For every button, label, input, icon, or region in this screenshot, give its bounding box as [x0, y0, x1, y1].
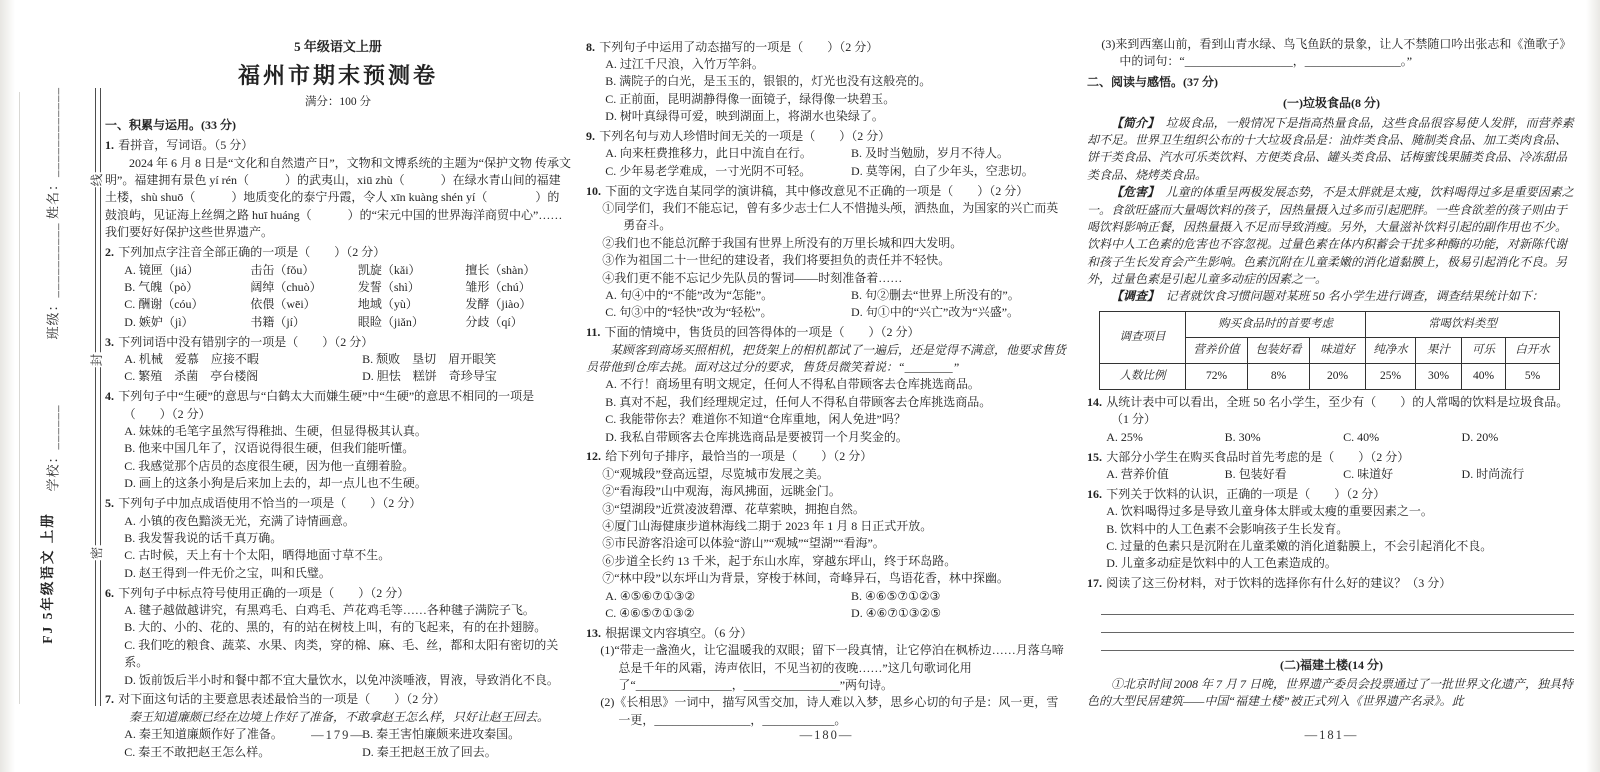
question-text: 下列句子中加点成语使用不恰当的一项是（ ）（2 分） — [118, 496, 421, 510]
option-line: D. 饭前饭后半小时和餐中都不宜大量饮水，以免冲淡唾液，胃液，导致消化不良。 — [105, 672, 571, 689]
option-cell: C. 繁殖 杀菌 亭台楼阁 — [124, 368, 358, 385]
option-line: C. 我们吃的粮食、蔬菜、水果、肉类，穿的棉、麻、毛、丝，都和太阳有密切的关系。 — [105, 637, 571, 672]
name-field-label: 姓名：____________ — [43, 87, 62, 219]
page-edge-shadow-left — [0, 0, 15, 772]
option-cell: D. 句①中的“兴亡”改为“兴盛”。 — [851, 304, 1067, 321]
question-text: 下列名句与劝人珍惜时间无关的一项是（ ）（2 分） — [599, 129, 890, 143]
table-column-header: 可乐 — [1462, 337, 1506, 363]
answer-line — [1101, 597, 1574, 615]
list-item: ⑥步道全长约 13 千米，起于东山水库，穿越东坪山，终于环岛路。 — [586, 553, 1067, 570]
option-cell: A. 25% — [1106, 429, 1220, 446]
question: 15.大部分小学生在购买食品时首先考虑的是（ ）（2 分） — [1087, 449, 1576, 466]
list-item: ②我们也不能总沉醉于我国有世界上所没有的万里长城和四大发明。 — [586, 235, 1067, 252]
question: 1.看拼音，写词语。（5 分） — [105, 137, 571, 154]
question-number: 16. — [1087, 487, 1102, 501]
option-cell: 雏形（chú） — [465, 279, 571, 296]
option-row: C. 繁殖 杀菌 亭台楼阁D. 胆怯 糕饼 奇珍导宝 — [105, 368, 571, 385]
question-number: 14. — [1087, 395, 1102, 409]
table-row-label: 人数比例 — [1100, 363, 1186, 389]
paragraph-text: 某顾客到商场买照相机，把货架上的相机都试了一遍后，还是觉得不满意，他要求售货员带… — [586, 343, 1066, 374]
table-value-cell: 8% — [1248, 363, 1310, 389]
option-line: D. 儿童多动症是饮料中的人工色素造成的。 — [1087, 555, 1576, 572]
question: 6.下列句子中标点符号使用正确的一项是（ ）（2 分） — [105, 585, 571, 602]
option-line: C. 古时候，天上有十个太阳，晒得地面寸草不生。 — [105, 547, 571, 564]
paragraph-text: 秦王知道廉颇已经在边境上作好了准备，不敢拿赵王怎么样，只好让赵王回去。 — [129, 710, 549, 724]
question-number: 1. — [105, 138, 114, 152]
option-cell: C. 秦王不敢把赵王怎么样。 — [124, 744, 358, 761]
option-row: C. 句③中的“轻快”改为“轻松”。D. 句①中的“兴亡”改为“兴盛”。 — [586, 304, 1067, 321]
option-row: D. 嫉妒（jì）书籍（jí）眼睑（jiǎn）分歧（qí） — [105, 314, 571, 331]
answer-blanks — [1101, 597, 1574, 651]
table-value-cell: 20% — [1310, 363, 1366, 389]
list-item: ④我们更不能不忘记少先队员的誓词——时刻准备着…… — [586, 270, 1067, 287]
option-cell: A. 机械 爱慕 应接不暇 — [124, 351, 358, 368]
section-heading: 一、积累与运用。(33 分) — [105, 117, 571, 134]
paragraph: 2024 年 6 月 8 日是“文化和自然遗产日”，文物和文博系统的主题为“保护… — [105, 155, 571, 242]
question-number: 4. — [105, 389, 114, 403]
option-cell: B. 30% — [1225, 429, 1339, 446]
question-number: 9. — [586, 129, 595, 143]
option-cell: B. 气魄（pò） — [124, 279, 246, 296]
option-cell: B. 包装好看 — [1225, 466, 1339, 483]
option-cell: C. 酬谢（cóu） — [124, 296, 246, 313]
list-item: ④厦门山海健康步道林海线二期于 2023 年 1 月 8 日正式开放。 — [586, 518, 1067, 535]
paragraph: 【简介】垃圾食品，一般情况下是指高热量食品，这些食品很容易使人发胖，而营养素却不… — [1087, 115, 1576, 185]
question: 4.下列句子中“生硬”的意思与“白鹤太大而嫌生硬”中“生硬”的意思不相同的一项是… — [105, 388, 571, 423]
question-text: 给下列句子排序，最恰当的一项是（ ）（2 分） — [605, 449, 872, 463]
option-line: B. 我发誓我说的话千真万确。 — [105, 530, 571, 547]
question: 14.从统计表中可以看出，全班 50 名小学生，至少有（ ）的人常喝的饮料是垃圾… — [1087, 394, 1576, 429]
option-cell: 擅长（shàn） — [465, 262, 571, 279]
question-text: 下面的情境中，售货员的回答得体的一项是（ ）（2 分） — [605, 325, 920, 339]
question-number: 11. — [586, 325, 600, 339]
list-item: (1)“带走一盏渔火，让它温暖我的双眼；留下一段真情，让它停泊在枫桥边……月落乌… — [586, 642, 1067, 694]
list-item: ③“望湖段”近赏凌波碧潭、花草萦映，拥抱自然。 — [586, 501, 1067, 518]
option-line: B. 他来中国几年了，汉语说得很生硬，但我们能听懂。 — [105, 440, 571, 457]
table-group-header: 常喝饮料类型 — [1366, 311, 1560, 337]
page-content: 5 年级语文上册福州市期末预测卷满分：100 分一、积累与运用。(33 分)1.… — [105, 38, 571, 761]
question: 3.下列词语中没有错别字的一项是（ ）（2 分） — [105, 334, 571, 351]
passage-label: 【调查】 — [1111, 289, 1159, 303]
option-row: A. 句④中的“不能”改为“怎能”。B. 句②删去“世界上所没有的”。 — [586, 287, 1067, 304]
option-line: C. 正前面，昆明湖静得像一面镜子，绿得像一块碧玉。 — [586, 91, 1067, 108]
table-data-row: 人数比例72%8%20%25%30%40%5% — [1100, 363, 1560, 389]
question: 8.下列句子中运用了动态描写的一项是（ ）（2 分） — [586, 39, 1067, 56]
option-cell: 凯旋（kǎi） — [358, 262, 462, 279]
question: 10.下面的文字选自某同学的演讲稿，其中修改意见不正确的一项是（ ）（2 分） — [586, 183, 1067, 200]
paragraph-text: 2024 年 6 月 8 日是“文化和自然遗产日”，文物和文博系统的主题为“保护… — [105, 156, 571, 240]
option-cell: 书籍（jí） — [250, 314, 354, 331]
list-item: ③作为祖国二十一世纪的建设者，我们将要担负的责任并不轻快。 — [586, 252, 1067, 269]
table-column-header: 味道好 — [1310, 337, 1366, 363]
question: 5.下列句子中加点成语使用不恰当的一项是（ ）（2 分） — [105, 495, 571, 512]
page-number: —181— — [1087, 726, 1576, 744]
option-line: C. 过量的色素只是沉附在儿童柔嫩的消化道黏膜上，不会引起消化不良。 — [1087, 538, 1576, 555]
question-number: 12. — [586, 449, 601, 463]
paragraph: 某顾客到商场买照相机，把货架上的相机都试了一遍后，还是觉得不满意，他要求售货员带… — [586, 342, 1067, 377]
question-text: 从统计表中可以看出，全班 50 名小学生，至少有（ ）的人常喝的饮料是垃圾食品。… — [1106, 395, 1568, 426]
option-line: D. 我私自带顾客去仓库挑选商品是要被罚一个月奖金的。 — [586, 429, 1067, 446]
option-row: C. 秦王不敢把赵王怎么样。D. 秦王把赵王放了回去。 — [105, 744, 571, 761]
table-value-cell: 72% — [1186, 363, 1248, 389]
paragraph: 秦王知道廉颇已经在边境上作好了准备，不敢拿赵王怎么样，只好让赵王回去。 — [105, 709, 571, 726]
option-cell: A. 营养价值 — [1106, 466, 1220, 483]
option-cell: 依偎（wēi） — [250, 296, 354, 313]
question-number: 8. — [586, 40, 595, 54]
option-line: D. 赵王得到一件无价之宝，叫和氏璧。 — [105, 565, 571, 582]
option-cell: D. ④⑥⑦①③②⑤ — [851, 605, 1067, 622]
survey-table: 调查项目购买食品时的首要考虑常喝饮料类型营养价值包装好看味道好纯净水果汁可乐白开… — [1099, 311, 1560, 390]
question-number: 2. — [105, 245, 114, 259]
table-column-header: 营养价值 — [1186, 337, 1248, 363]
book-spine-label: FJ 5年级语文 上册 — [36, 512, 56, 644]
option-cell: C. ④⑥⑤⑦①③② — [605, 605, 847, 622]
exam-page-179: 5 年级语文上册福州市期末预测卷满分：100 分一、积累与运用。(33 分)1.… — [105, 36, 571, 738]
paragraph: ①北京时间 2008 年 7 月 7 日晚，世界遗产委员会投票通过了一批世界文化… — [1087, 676, 1576, 711]
page-number: —180— — [586, 726, 1067, 744]
question: 7.对下面这句话的主要意思表述最恰当的一项是（ ）（2 分） — [105, 691, 571, 708]
question-number: 7. — [105, 692, 114, 706]
table-column-header: 白开水 — [1506, 337, 1560, 363]
list-item: (3)来到西塞山前，看到山青水绿、鸟飞鱼跃的景象，让人不禁随口吟出张志和《渔歌子… — [1087, 36, 1576, 71]
question: 13.根据课文内容填空。（6 分） — [586, 625, 1067, 642]
question-text: 对下面这句话的主要意思表述最恰当的一项是（ ）（2 分） — [118, 692, 445, 706]
option-cell: B. 颓败 垦切 眉开眼笑 — [362, 351, 571, 368]
option-line: B. 大的、小的、花的、黑的，有的站在树枝上叫，有的飞起来，有的在扑翅膀。 — [105, 619, 571, 636]
answer-line — [1101, 615, 1574, 633]
option-cell: 阔绰（chuò） — [250, 279, 354, 296]
paragraph: 【危害】儿童的体重呈两极发展态势，不是太胖就是太瘦，饮料喝得过多是重要因素之一。… — [1087, 184, 1576, 288]
list-item: (2)《长相思》一词中，描写风雪交加，诗人难以入梦，思乡心切的句子是：风一更，雪… — [586, 694, 1067, 729]
option-line: D. 画上的这条小狗是后来加上去的，却一点儿也不生硬。 — [105, 475, 571, 492]
question: 9.下列名句与劝人珍惜时间无关的一项是（ ）（2 分） — [586, 128, 1067, 145]
option-cell: 发誓（shì） — [358, 279, 462, 296]
list-item: ⑦“林中段”以东坪山为背景，穿梭于林间，奇峰异石，鸟语花香，林中探幽。 — [586, 570, 1067, 587]
option-row: B. 气魄（pò）阔绰（chuò）发誓（shì）雏形（chú） — [105, 279, 571, 296]
option-cell: C. 少年易老学难成，一寸光阴不可轻。 — [605, 163, 847, 180]
question-text: 下列词语中没有错别字的一项是（ ）（2 分） — [118, 335, 373, 349]
option-line: A. 不行！商场里有明文规定，任何人不得私自带顾客去仓库挑选商品。 — [586, 376, 1067, 393]
option-cell: C. 味道好 — [1343, 466, 1457, 483]
option-cell: A. 向来枉费推移力，此日中流自在行。 — [605, 145, 847, 162]
option-cell: 眼睑（jiǎn） — [358, 314, 462, 331]
page-number: —179— — [105, 726, 571, 744]
paragraph: 【调查】记者就饮食习惯问题对某班 50 名小学生进行调查，调查结果统计如下： — [1087, 288, 1576, 305]
option-line: A. 毽子越做越讲究，有黑鸡毛、白鸡毛、芦花鸡毛等……各种毽子满院子飞。 — [105, 602, 571, 619]
option-cell: D. 时尚流行 — [1462, 466, 1576, 483]
question-number: 15. — [1087, 450, 1102, 464]
option-row: A. 25%B. 30%C. 40%D. 20% — [1087, 429, 1576, 446]
option-cell: 地域（yù） — [358, 296, 462, 313]
question: 12.给下列句子排序，最恰当的一项是（ ）（2 分） — [586, 448, 1067, 465]
option-cell: B. 及时当勉励，岁月不待人。 — [851, 145, 1067, 162]
question-text: 下列句子中“生硬”的意思与“白鹤太大而嫌生硬”中“生硬”的意思不相同的一项是（ … — [118, 389, 534, 420]
question-text: 阅读了这三份材料，对于饮料的选择你有什么好的建议？（3 分） — [1106, 576, 1451, 590]
option-cell: D. 秦王把赵王放了回去。 — [362, 744, 571, 761]
school-field-label: 学校：______ — [43, 404, 62, 491]
question-text: 下列加点字注音全部正确的一项是（ ）（2 分） — [118, 245, 385, 259]
option-cell: C. 句③中的“轻快”改为“轻松”。 — [605, 304, 847, 321]
option-line: C. 我感觉那个店员的态度很生硬，因为他一直绷着脸。 — [105, 458, 571, 475]
option-cell: C. 40% — [1343, 429, 1457, 446]
option-row: C. 少年易老学难成，一寸光阴不可轻。D. 莫等闲，白了少年头，空悲切。 — [586, 163, 1067, 180]
option-cell: 发酵（jiào） — [465, 296, 571, 313]
option-line: C. 我能带你去？难道你不知道“仓库重地，闲人免进”吗？ — [586, 411, 1067, 428]
passage-label: 【危害】 — [1111, 185, 1159, 199]
option-line: B. 满院子的白光，是玉玉的，银银的，灯光也没有这般亮的。 — [586, 73, 1067, 90]
option-cell: A. 句④中的“不能”改为“怎能”。 — [605, 287, 847, 304]
paragraph-text: 儿童的体重呈两极发展态势，不是太胖就是太瘦，饮料喝得过多是重要因素之一。食欲旺盛… — [1087, 185, 1574, 286]
paragraph-text: 垃圾食品，一般情况下是指高热量食品，这些食品很容易使人发胖，而营养素却不足。世界… — [1087, 116, 1574, 182]
binding-crease — [19, 92, 20, 704]
section-heading: 二、阅读与感悟。(37 分) — [1087, 74, 1576, 91]
table-column-header: 纯净水 — [1366, 337, 1416, 363]
option-line: A. 妹妹的毛笔字虽然写得稚拙、生硬，但显得极其认真。 — [105, 423, 571, 440]
option-row: C. ④⑥⑤⑦①③②D. ④⑥⑦①③②⑤ — [586, 605, 1067, 622]
paragraph-text: ①北京时间 2008 年 7 月 7 日晚，世界遗产委员会投票通过了一批世界文化… — [1087, 677, 1573, 708]
question-text: 下列句子中标点符号使用正确的一项是（ ）（2 分） — [118, 586, 409, 600]
option-row: C. 酬谢（cóu）依偎（wēi）地域（yù）发酵（jiào） — [105, 296, 571, 313]
table-value-cell: 25% — [1366, 363, 1416, 389]
table-header-row: 调查项目购买食品时的首要考虑常喝饮料类型 — [1100, 311, 1560, 337]
question: 16.下列关于饮料的认识，正确的一项是（ ）（2 分） — [1087, 486, 1576, 503]
question-text: 看拼音，写词语。（5 分） — [118, 138, 253, 152]
option-cell: D. 嫉妒（jì） — [124, 314, 246, 331]
option-cell: D. 20% — [1462, 429, 1576, 446]
option-row: A. 镜匣（jiá）击缶（fǒu）凯旋（kǎi）擅长（shàn） — [105, 262, 571, 279]
option-cell: A. ④⑤⑥⑦①③② — [605, 588, 847, 605]
passage-label: 【简介】 — [1111, 116, 1159, 130]
answer-line — [1101, 633, 1574, 651]
list-item: ⑤市民游客沿途可以体验“游山”“观城”“望湖”“看海”。 — [586, 535, 1067, 552]
exam-page-180: 8.下列句子中运用了动态描写的一项是（ ）（2 分）A. 过江千尺浪，入竹万竿斜… — [586, 36, 1067, 738]
option-cell: B. 句②删去“世界上所没有的”。 — [851, 287, 1067, 304]
table-value-cell: 40% — [1462, 363, 1506, 389]
option-line: D. 树叶真绿得可爱，映到湖面上，将湖水也染绿了。 — [586, 108, 1067, 125]
option-cell: B. ④⑥⑤⑦①②③ — [851, 588, 1067, 605]
question: 2.下列加点字注音全部正确的一项是（ ）（2 分） — [105, 244, 571, 261]
option-cell: 分歧（qí） — [465, 314, 571, 331]
list-item: ①同学们，我们不能忘记，曾有多少志士仁人不惜抛头颅，洒热血，为国家的兴亡而英勇奋… — [586, 200, 1067, 235]
page-content: (3)来到西塞山前，看到山青水绿、鸟飞鱼跃的景象，让人不禁随口吟出张志和《渔歌子… — [1087, 36, 1576, 711]
table-column-header: 包装好看 — [1248, 337, 1310, 363]
table-corner-cell: 调查项目 — [1100, 311, 1186, 363]
option-row: A. ④⑤⑥⑦①③②B. ④⑥⑤⑦①②③ — [586, 588, 1067, 605]
option-cell: A. 镜匣（jiá） — [124, 262, 246, 279]
list-item: ①“观城段”登高远望，尽览城市发展之美。 — [586, 466, 1067, 483]
option-cell: D. 胆怯 糕饼 奇珍导宝 — [362, 368, 571, 385]
option-cell: 击缶（fǒu） — [250, 262, 354, 279]
exam-page-181: (3)来到西塞山前，看到山青水绿、鸟飞鱼跃的景象，让人不禁随口吟出张志和《渔歌子… — [1087, 36, 1576, 738]
option-line: B. 真对不起，我们经理规定过，任何人不得私自带顾客去仓库挑选商品。 — [586, 394, 1067, 411]
page-edge-shadow-right — [1586, 0, 1600, 772]
question-text: 根据课文内容填空。（6 分） — [605, 626, 752, 640]
question-text: 下列关于饮料的认识，正确的一项是（ ）（2 分） — [1106, 487, 1385, 501]
option-row: A. 机械 爱慕 应接不暇B. 颓败 垦切 眉开眼笑 — [105, 351, 571, 368]
list-item: ②“看海段”山中观海，海风拂面，远眺金门。 — [586, 483, 1067, 500]
question: 17.阅读了这三份材料，对于饮料的选择你有什么好的建议？（3 分） — [1087, 575, 1576, 592]
question-number: 17. — [1087, 576, 1102, 590]
question-number: 13. — [586, 626, 601, 640]
question: 11.下面的情境中，售货员的回答得体的一项是（ ）（2 分） — [586, 324, 1067, 341]
option-row: A. 营养价值B. 包装好看C. 味道好D. 时尚流行 — [1087, 466, 1576, 483]
question-text: 大部分小学生在购买食品时首先考虑的是（ ）（2 分） — [1106, 450, 1409, 464]
option-cell: D. 莫等闲，白了少年头，空悲切。 — [851, 163, 1067, 180]
full-score-label: 满分：100 分 — [105, 94, 571, 111]
option-line: A. 过江千尺浪，入竹万竿斜。 — [586, 56, 1067, 73]
table-group-header: 购买食品时的首要考虑 — [1186, 311, 1366, 337]
page-content: 8.下列句子中运用了动态描写的一项是（ ）（2 分）A. 过江千尺浪，入竹万竿斜… — [586, 39, 1067, 730]
option-line: A. 饮料喝得过多是导致儿童身体太胖或太瘦的重要因素之一。 — [1087, 503, 1576, 520]
question-text: 下面的文字选自某同学的演讲稿，其中修改意见不正确的一项是（ ）（2 分） — [605, 184, 1028, 198]
table-value-cell: 5% — [1506, 363, 1560, 389]
question-text: 下列句子中运用了动态描写的一项是（ ）（2 分） — [599, 40, 878, 54]
booklet-label: 5 年级语文上册 — [105, 38, 571, 57]
option-row: A. 向来枉费推移力，此日中流自在行。B. 及时当勉励，岁月不待人。 — [586, 145, 1067, 162]
paper-title: 福州市期末预测卷 — [105, 60, 571, 92]
passage-heading: (一)垃圾食品(8 分) — [1087, 95, 1576, 112]
option-line: A. 小镇的夜色黯淡无光，充满了诗情画意。 — [105, 513, 571, 530]
table-column-header: 果汁 — [1416, 337, 1462, 363]
table-value-cell: 30% — [1416, 363, 1462, 389]
question-number: 3. — [105, 335, 114, 349]
paragraph-text: 记者就饮食习惯问题对某班 50 名小学生进行调查，调查结果统计如下： — [1166, 289, 1544, 303]
question-number: 6. — [105, 586, 114, 600]
option-line: B. 饮料中的人工色素不会影响孩子生长发育。 — [1087, 521, 1576, 538]
question-number: 10. — [586, 184, 601, 198]
class-field-label: 班级：__________ — [43, 222, 62, 339]
passage-heading: (二)福建土楼(14 分) — [1087, 657, 1576, 674]
question-number: 5. — [105, 496, 114, 510]
